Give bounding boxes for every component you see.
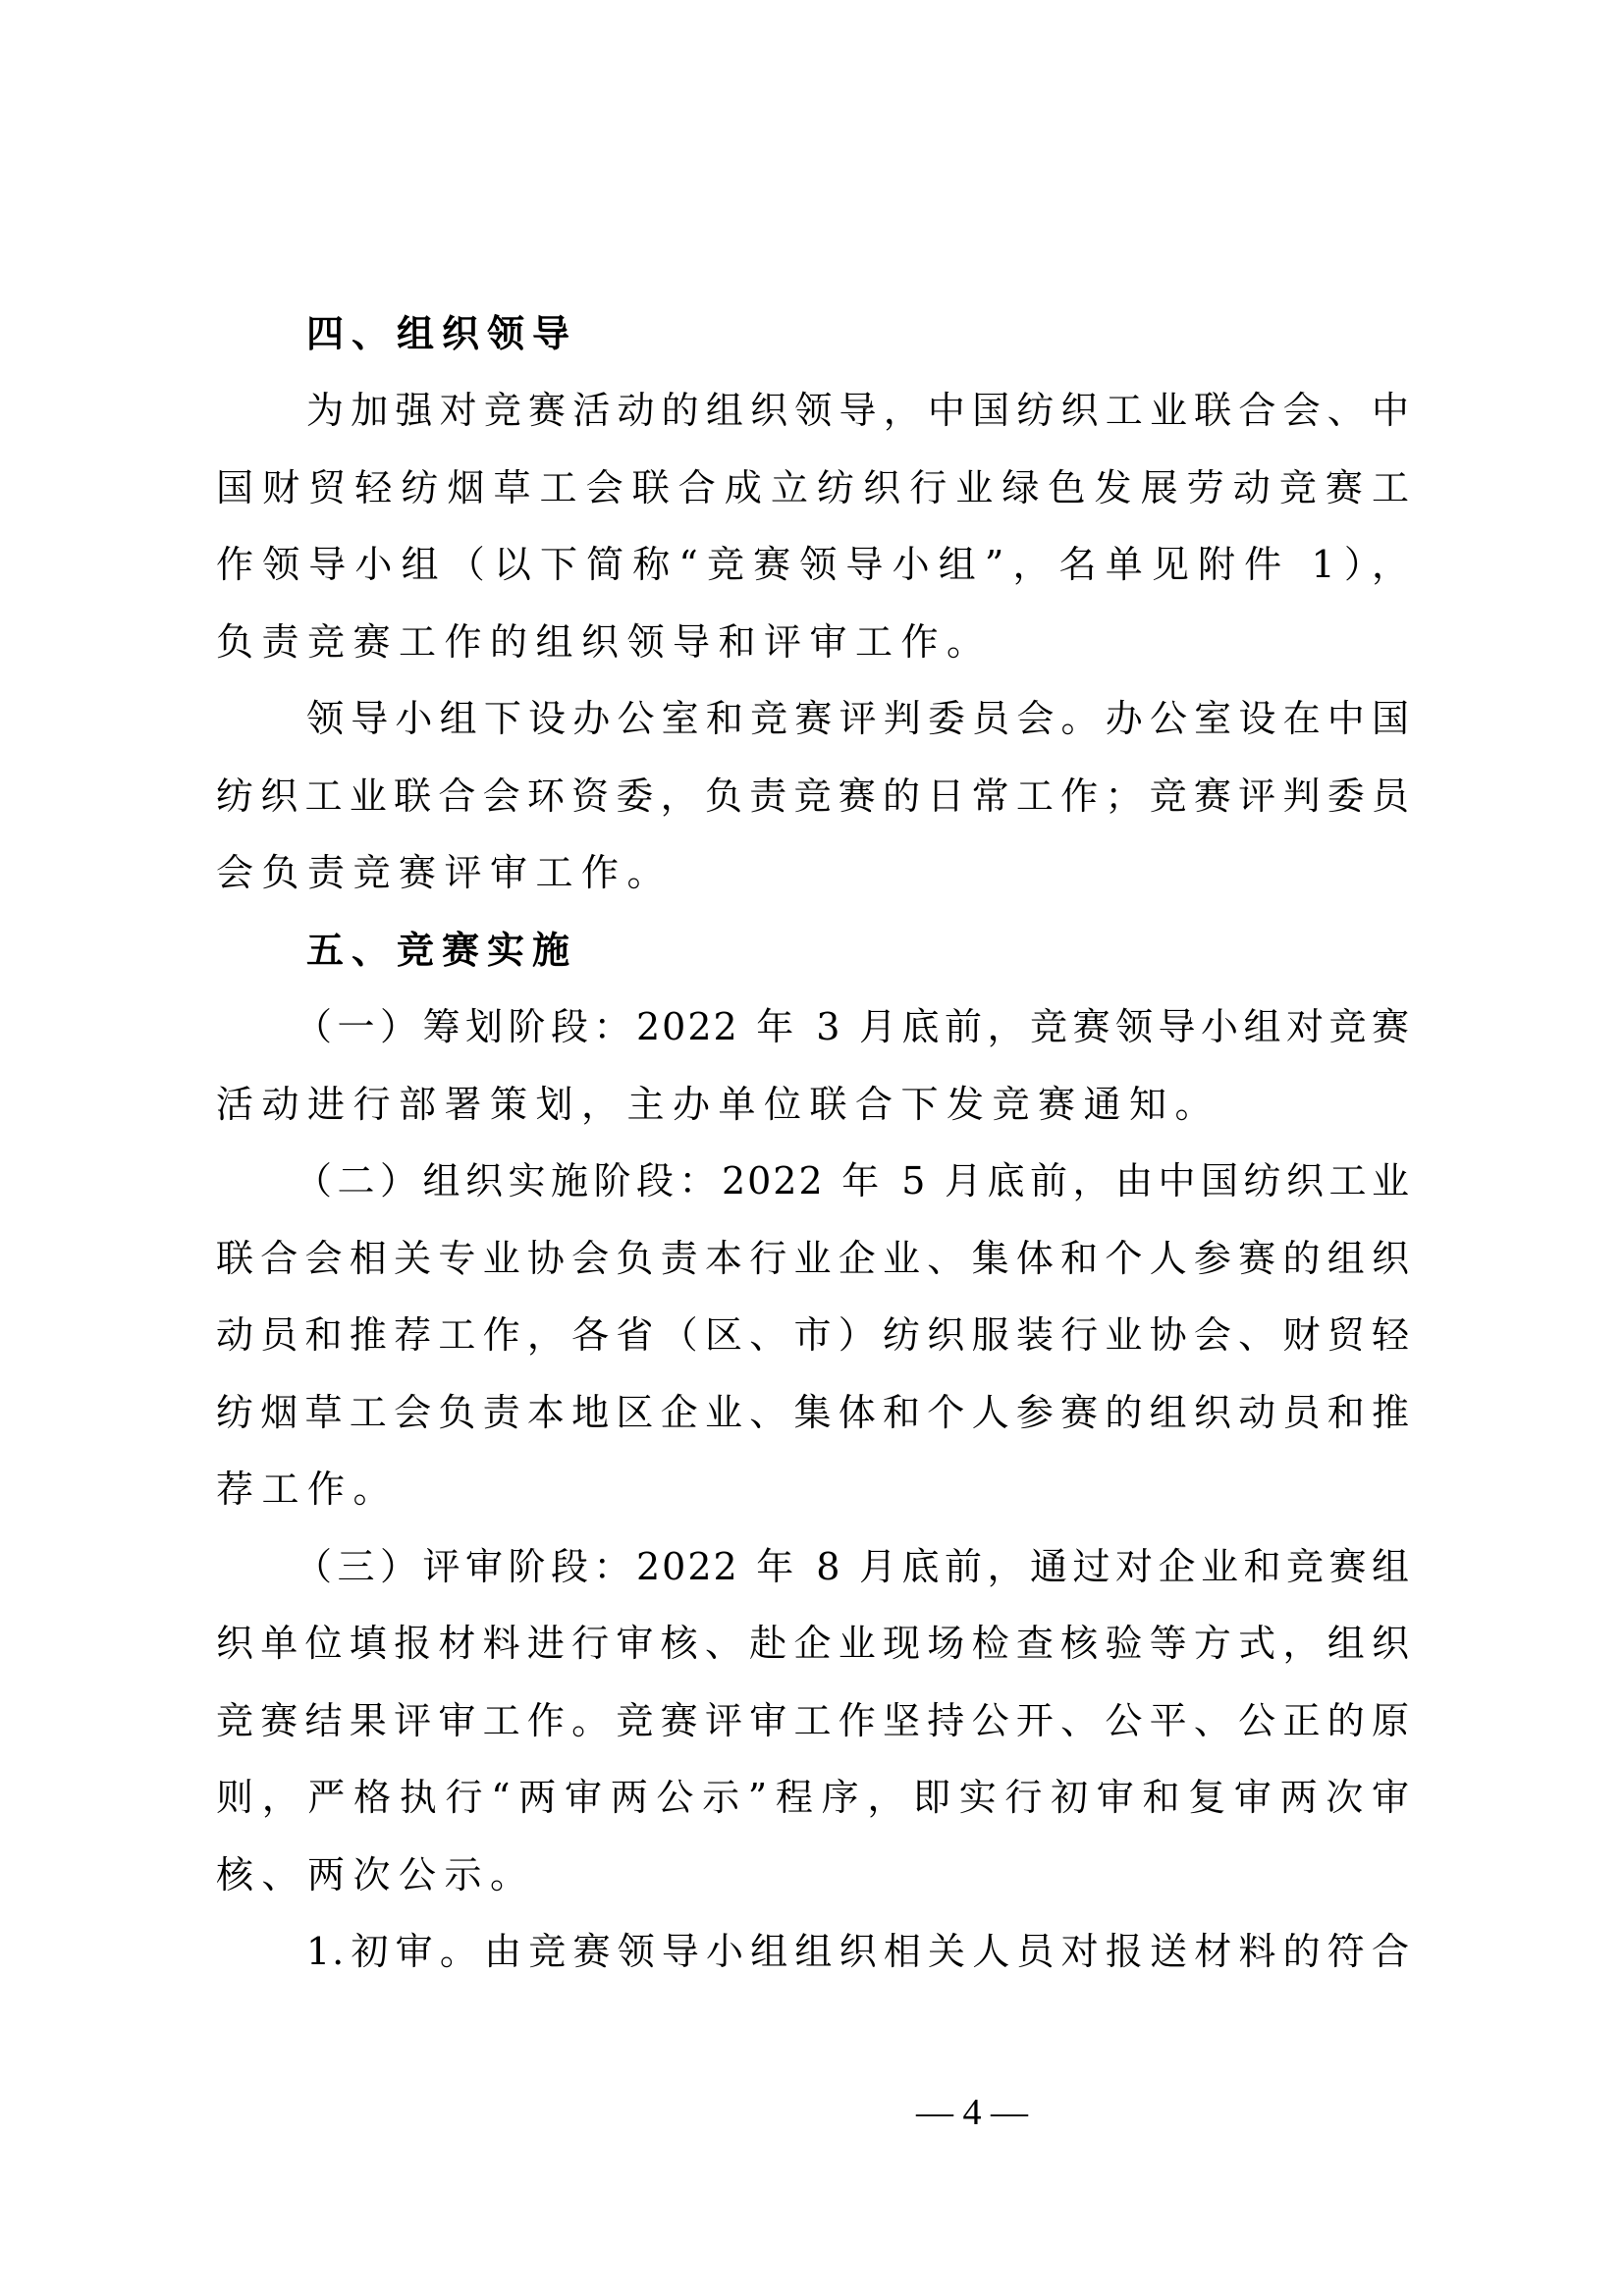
paragraph-line: 纺织工业联合会环资委，负责竞赛的日常工作；竞赛评判委员 (216, 773, 1411, 820)
paragraph-line: 活动进行部署策划，主办单位联合下发竞赛通知。 (216, 1081, 1411, 1128)
paragraph-line: 核、两次公示。 (216, 1851, 1411, 1898)
paragraph-line: （一）筹划阶段：2022 年 3 月底前，竞赛领导小组对竞赛 (295, 1003, 1411, 1050)
paragraph-line: 1.初审。由竞赛领导小组组织相关人员对报送材料的符合 (306, 1928, 1411, 1975)
paragraph-line: 织单位填报材料进行审核、赴企业现场检查核验等方式，组织 (216, 1620, 1411, 1667)
paragraph-line: 国财贸轻纺烟草工会联合成立纺织行业绿色发展劳动竞赛工 (216, 464, 1411, 511)
paragraph-line: 联合会相关专业协会负责本行业企业、集体和个人参赛的组织 (216, 1235, 1411, 1282)
paragraph-line: 为加强对竞赛活动的组织领导，中国纺织工业联合会、中 (306, 387, 1411, 434)
paragraph-line: （三）评审阶段：2022 年 8 月底前，通过对企业和竞赛组 (295, 1543, 1411, 1590)
page-number: — 4 — (874, 2091, 1070, 2134)
paragraph-line: 会负责竞赛评审工作。 (216, 849, 1411, 896)
paragraph-line: （二）组织实施阶段：2022 年 5 月底前，由中国纺织工业 (295, 1157, 1411, 1204)
paragraph-line: 荐工作。 (216, 1466, 1411, 1513)
paragraph-line: 负责竞赛工作的组织领导和评审工作。 (216, 618, 1411, 666)
paragraph-line: 领导小组下设办公室和竞赛评判委员会。办公室设在中国 (306, 695, 1411, 742)
paragraph-line: 纺烟草工会负责本地区企业、集体和个人参赛的组织动员和推 (216, 1389, 1411, 1436)
section-heading-organization-leadership: 四、组织领导 (306, 310, 1411, 357)
paragraph-line: 动员和推荐工作，各省（区、市）纺织服装行业协会、财贸轻 (216, 1311, 1411, 1359)
paragraph-line: 作领导小组（以下简称“竞赛领导小组”，名单见附件 1）， (216, 541, 1411, 588)
document-page: 四、组织领导 为加强对竞赛活动的组织领导，中国纺织工业联合会、中 国财贸轻纺烟草… (0, 0, 1624, 2296)
section-heading-competition-implementation: 五、竞赛实施 (306, 927, 1411, 974)
paragraph-line: 则，严格执行“两审两公示”程序，即实行初审和复审两次审 (216, 1774, 1411, 1821)
paragraph-line: 竞赛结果评审工作。竞赛评审工作坚持公开、公平、公正的原 (216, 1697, 1411, 1744)
